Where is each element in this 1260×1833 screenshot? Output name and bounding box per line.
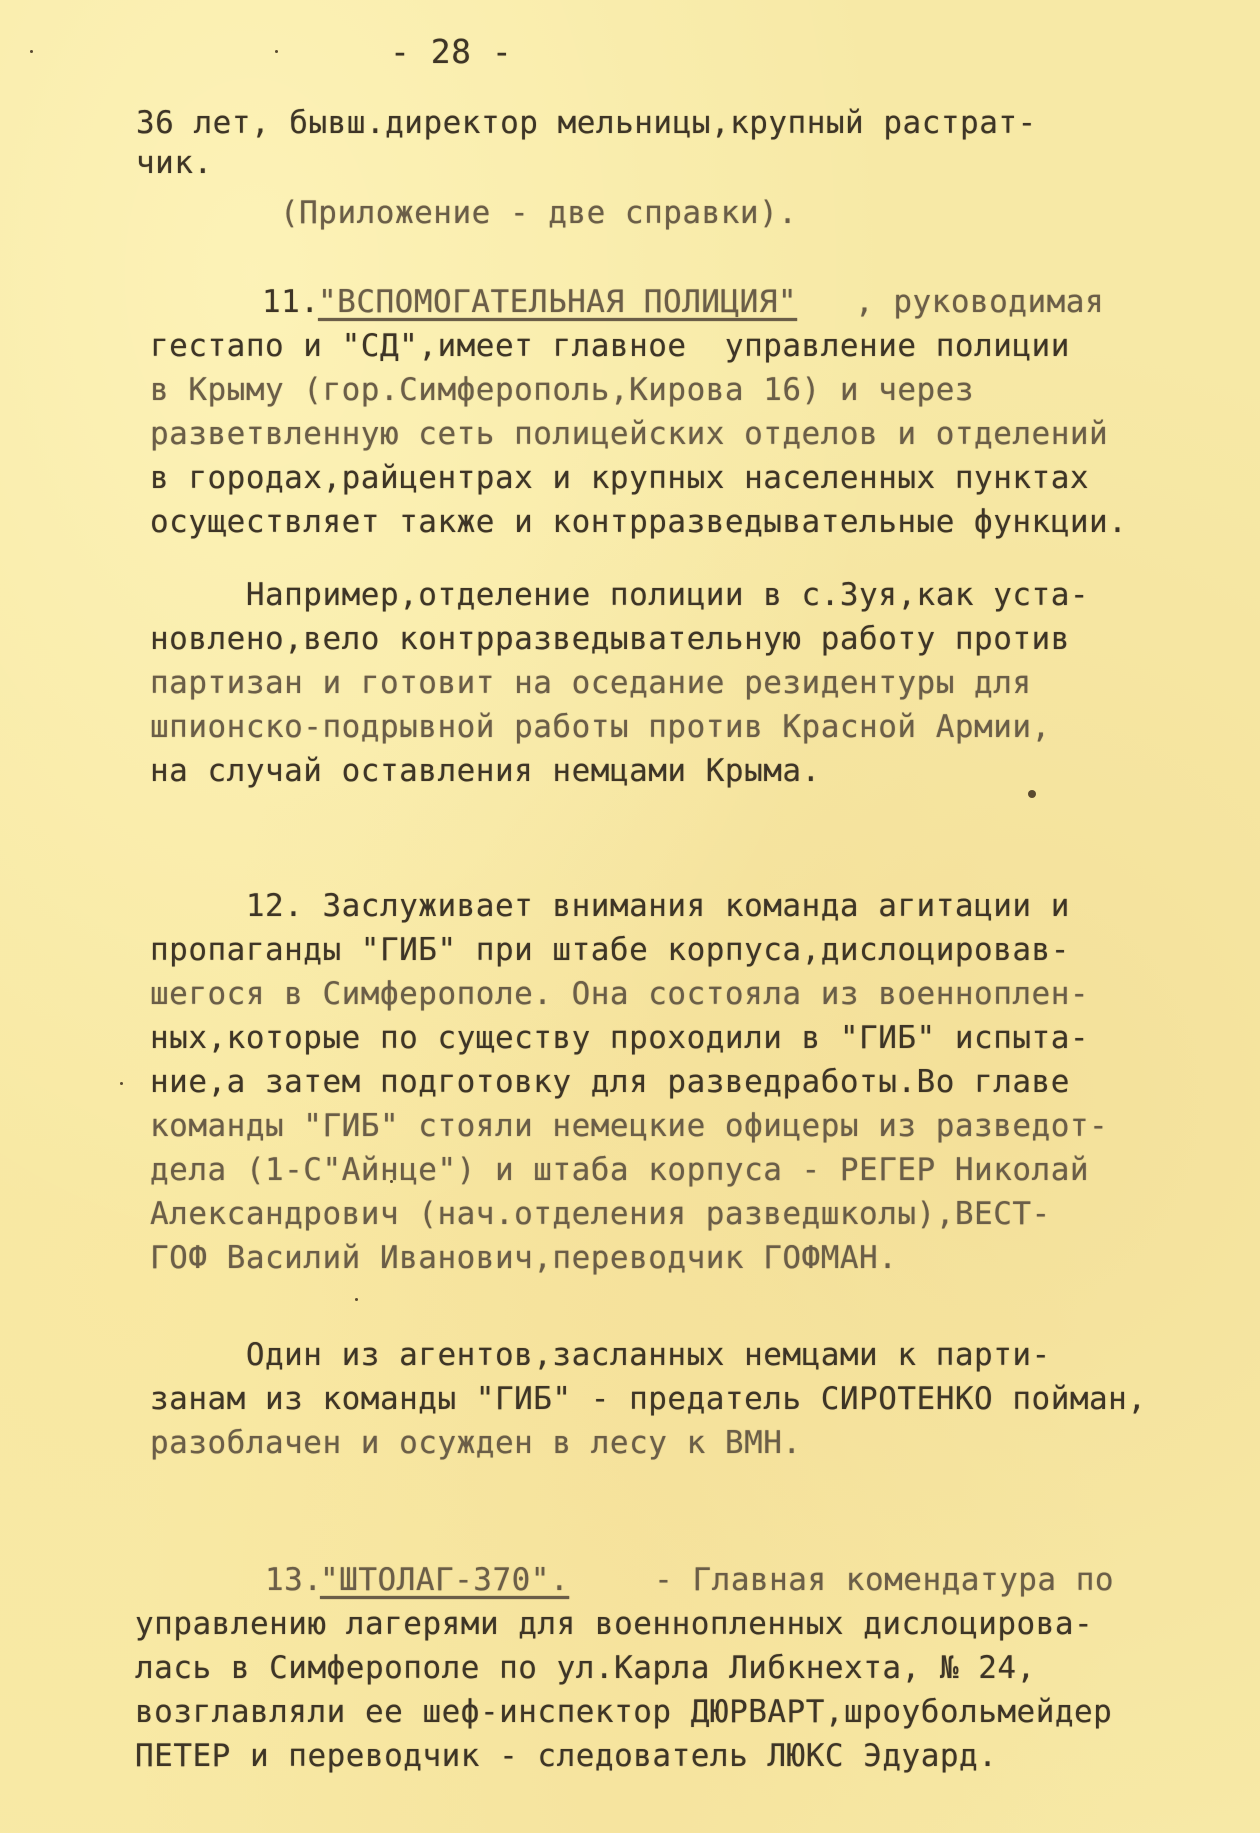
text-line: ГОФ Василий Иванович,переводчик ГОФМАН. <box>150 1238 897 1278</box>
text-line: Александрович (нач.отделения разведшколы… <box>150 1194 1051 1234</box>
text-line: осуществляет также и контрразведывательн… <box>150 502 1127 542</box>
text-line: разветвленную сеть полицейских отделов и… <box>150 414 1108 454</box>
text-line: ПЕТЕР и переводчик - следователь ЛЮКС Эд… <box>135 1736 997 1776</box>
text-line: команды "ГИБ" стояли немецкие офицеры из… <box>150 1106 1108 1146</box>
paper-speck <box>275 50 278 53</box>
paper-speck <box>120 1082 123 1085</box>
section-number: 11. <box>262 282 320 322</box>
text-line: шпионско-подрывной работы против Красной… <box>150 707 1051 747</box>
text-line: партизан и готовит на оседание резиденту… <box>150 663 1032 703</box>
paper-speck <box>390 1180 393 1183</box>
section-title: "ШТОЛАГ-370". <box>320 1560 569 1600</box>
text-line: лась в Симферополе по ул.Карла Либкнехта… <box>135 1648 1036 1688</box>
text-line: шегося в Симферополе. Она состояла из во… <box>150 974 1089 1014</box>
text-line: разоблачен и осужден в лесу к ВМН. <box>150 1423 802 1463</box>
text-line: дела (1-С"Айнце") и штаба корпуса - РЕГЕ… <box>150 1150 1089 1190</box>
text-line: гестапо и "СД",имеет главное управление … <box>150 326 1070 366</box>
text-line: (Приложение - две справки). <box>165 193 797 233</box>
ink-mark <box>1028 790 1036 798</box>
text-line: пропаганды "ГИБ" при штабе корпуса,дисло… <box>150 930 1070 970</box>
text-line: 36 лет, бывш.директор мельницы,крупный р… <box>136 103 1037 143</box>
text-line: занам из команды "ГИБ" - предатель СИРОТ… <box>150 1379 1147 1419</box>
text-line: возглавляли ее шеф-инспектор ДЮРВАРТ,шро… <box>135 1692 1112 1732</box>
text-line: на случай оставления немцами Крыма. <box>150 751 821 791</box>
text-line: 12. Заслуживает внимания команда агитаци… <box>150 886 1070 926</box>
section-number: 13. <box>265 1560 323 1600</box>
text-line: Один из агентов,засланных немцами к парт… <box>150 1335 1051 1375</box>
text-line: в городах,райцентрах и крупных населенны… <box>150 458 1089 498</box>
text-line: , руководимая <box>855 282 1104 322</box>
document-page: - 28 - 36 лет, бывш.директор мельницы,кр… <box>0 0 1260 1833</box>
text-line: ных,которые по существу проходили в "ГИБ… <box>150 1018 1089 1058</box>
text-line: Например,отделение полиции в с.Зуя,как у… <box>150 575 1089 615</box>
text-line: новлено,вело контрразведывательную работ… <box>150 619 1070 659</box>
text-line: в Крыму (гор.Симферополь,Кирова 16) и че… <box>150 370 974 410</box>
section-title: "ВСПОМОГАТЕЛЬНАЯ ПОЛИЦИЯ" <box>318 282 797 322</box>
text-line: - Главная комендатура по <box>635 1560 1114 1600</box>
text-line: ние,а затем подготовку для разведработы.… <box>150 1062 1070 1102</box>
paper-speck <box>355 1298 358 1301</box>
page-number: - 28 - <box>390 32 512 72</box>
paper-speck <box>30 50 33 53</box>
text-line: чик. <box>136 143 213 183</box>
text-line: управлению лагерями для военнопленных ди… <box>135 1604 1093 1644</box>
